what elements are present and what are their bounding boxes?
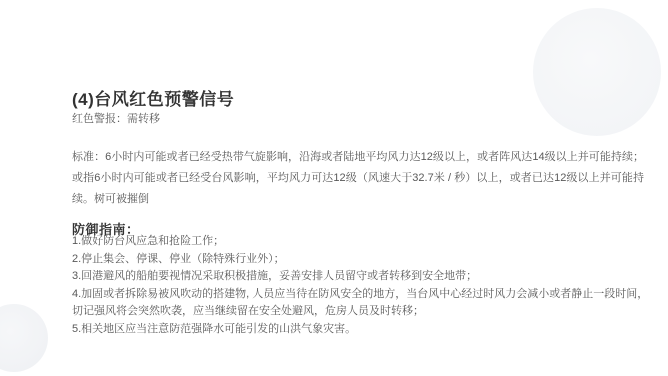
- guide-item: 4.加固或者拆除易被风吹动的搭建物, 人员应当待在防风安全的地方，当台风中心经过…: [72, 286, 650, 321]
- slide-title: (4)台风红色预警信号: [72, 85, 234, 110]
- slide-canvas: { "slide": { "title": "(4)台风红色预警信号", "al…: [0, 0, 668, 376]
- standard-paragraph: 标准：6小时内可能或者已经受热带气旋影响，沿海或者陆地平均风力达12级以上，或者…: [72, 147, 644, 210]
- decor-circle-bottom-left: [0, 304, 48, 372]
- guide-item: 2.停止集会、停课、停业（除特殊行业外）；: [72, 251, 650, 269]
- guide-item: 5.相关地区应当注意防范强降水可能引发的山洪气象灾害。: [72, 321, 650, 339]
- guide-item: 1.做好防台风应急和抢险工作；: [72, 233, 650, 251]
- guide-item: 3.回港避风的船舶要视情况采取积极措施，妥善安排人员留守或者转移到安全地带；: [72, 268, 650, 286]
- guide-list: 1.做好防台风应急和抢险工作； 2.停止集会、停课、停业（除特殊行业外）； 3.…: [72, 233, 650, 338]
- alert-level-line: 红色警报：需转移: [72, 110, 160, 126]
- decor-circle-top-right: [533, 8, 661, 136]
